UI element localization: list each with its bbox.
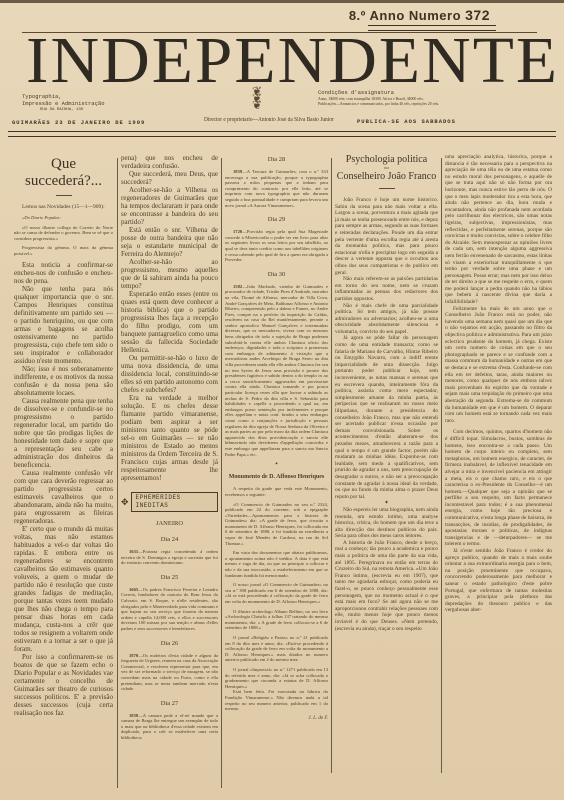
entry-text: —A Tesoura de Guimarães, com o n.º 333 e… (225, 169, 328, 208)
day-label: Dia 30 (225, 271, 328, 279)
article-paragraph: Acolher-se-hão a Vilhena os regeneradore… (121, 186, 218, 226)
ephemerides-title: EPHEMERIDES INEDITAS (131, 492, 218, 512)
day-label: Dia 27 (121, 700, 218, 708)
title-rule (56, 195, 72, 196)
article-paragraph: João Franco é hoje um nome historico. Sa… (335, 197, 438, 276)
day-label: Dia 24 (121, 536, 218, 544)
article-paragraph: O jornal «Imparcial» no n.º 1271 publica… (225, 667, 328, 689)
article-paragraph: E' certo que o mundo dá muitas voltas, m… (14, 525, 113, 653)
ephemeris-entry: 1858—A camara pede a el-rei mande que a … (121, 713, 218, 741)
ornament-icon: ✦ (335, 500, 438, 507)
entry-year: 1582 (233, 284, 242, 289)
article-paragraph: Em vista dos documentos que abaixo publi… (225, 550, 328, 578)
article-paragraph: A respeito da grade que veda este Monume… (225, 486, 328, 497)
dateline: GUIMARÃES 23 DE JANEIRO DE 1909 (12, 119, 145, 126)
entry-text: —Provisão regia pela qual Sua Magestade … (225, 229, 328, 262)
article-paragraph: Está bem feita. Foi executada na fabrica… (225, 689, 328, 711)
article-paragraph: Não mais referem-se as paixões partidari… (335, 276, 438, 302)
article-paragraph: Esta noticia a confirmar-se encheu-nos d… (14, 261, 113, 285)
ornament-icon: ✥ (121, 498, 129, 506)
entry-text: —João Machado, vizinho de Guimarães e pr… (225, 284, 328, 457)
ornament-icon: ❦❦❦ (252, 88, 262, 109)
column-divider (117, 158, 118, 788)
article-paragraph: Já n'este sentido João Franco é credor d… (445, 548, 552, 614)
column-3: Dia 28 1859—A Tesoura de Guimarães, com … (225, 142, 328, 782)
issue-info: 8.º Anno Numero 372 (349, 7, 490, 23)
article-paragraph: Causa realmente confusão vêr com que car… (14, 469, 113, 525)
day-label: Dia 29 (225, 216, 328, 224)
article-paragraph: Lemos nas Novidades (15—1—909): (14, 204, 113, 211)
article-paragraph: pena) que nos encheu de verdadeira confu… (121, 154, 218, 170)
entry-year: 1859 (233, 169, 242, 174)
director-line: Director e proprietario—Antonio José da … (204, 117, 334, 123)
entry-year: 1858 (129, 713, 138, 718)
conditions-publications: Publicações—Annuncios e communicados, po… (318, 102, 439, 108)
article-paragraph: Causa realmente pena que tenha de dissol… (14, 397, 113, 469)
newspaper-page: 8.º Anno Numero 372 INDEPENDENTE Typogra… (0, 0, 564, 800)
conditions-block: Condições d'assignatura Anno, 1$000 réis… (318, 90, 439, 108)
publication-schedule: PUBLICA-SE AOS SABBADOS (357, 118, 456, 125)
article-paragraph: Não; isso é nos soberanamente indifferen… (14, 365, 113, 397)
entry-year: 1720 (233, 229, 242, 234)
column-divider (331, 158, 332, 773)
article-paragraph: «O nosso illustre collega do Correio do … (14, 225, 113, 242)
article-title: Psychologia politica (335, 154, 438, 166)
article-paragraph: Felizmente ha mais de um anno que o Cons… (445, 306, 552, 425)
entry-year: 1870 (129, 653, 138, 658)
article-paragraph: A historia de João Franco, desde o berço… (335, 540, 438, 632)
entry-text: —Os moleiros d'esta cidade e alguns da f… (121, 653, 218, 692)
issue-year: 8.º Anno (349, 8, 405, 23)
article-paragraph: O illustre archeologo Albano Bellino, no… (225, 609, 328, 631)
ephemeris-entry: 1870—Os moleiros d'esta cidade e alguns … (121, 653, 218, 692)
article-paragraph: «O Commercio de Guimarães no seu n.º 232… (225, 502, 328, 547)
ephemeris-entry: 1859—A Tesoura de Guimarães, com o n.º 3… (225, 169, 328, 208)
day-label: Dia 28 (225, 156, 328, 164)
month-label: JANEIRO (121, 520, 218, 528)
article-paragraph: Está então o snr. Vilhena de posse de ou… (121, 226, 218, 258)
article-paragraph: Acolher-se-hão ao progressismo, mesmo aq… (121, 258, 218, 290)
article-paragraph: Não é mais chefe de uma parcialidade pol… (335, 303, 438, 336)
article-paragraph: Por isso a confirmarem-se os boatos de q… (14, 653, 113, 717)
article-paragraph: Progressista da gémma. O mais da gémma p… (14, 245, 113, 256)
article-paragraph: Ou permittir-se-hão o luxo de uma nova d… (121, 354, 218, 394)
top-edge (0, 0, 564, 3)
issue-number: 372 (465, 7, 490, 23)
ephemeris-entry: 1582—João Machado, vizinho de Guimarães … (225, 284, 328, 457)
day-label: Dia 26 (121, 640, 218, 648)
article-paragraph: Era na verdade a melhor solução. E os ch… (121, 394, 218, 482)
issue-label: Numero (409, 8, 461, 23)
column-divider (221, 158, 222, 788)
column-5: uma apreciação analytica, historica, por… (445, 142, 552, 762)
article-paragraph: Não espereis ler uma biographia, nem ain… (335, 507, 438, 540)
column-4: Psychologia politica DO Conselheiro João… (335, 142, 438, 777)
column-1: Que succederá?... Lemos nas Novidades (1… (14, 142, 113, 792)
ephemeris-entry: 1651—Portaria regia concedendo á ordem t… (121, 549, 218, 566)
article-paragraph: uma apreciação analytica, historica, por… (445, 154, 552, 306)
masthead-bottom-rule (8, 131, 556, 137)
article-paragraph: O nosso jornal «O Commercio de Guimarães… (225, 582, 328, 604)
article-paragraph: «Do Diario Popular: (14, 215, 113, 221)
entry-year: 1665 (129, 587, 138, 592)
article-paragraph: Que succederá, meu Deus, que succederá? (121, 170, 218, 186)
article-paragraph: Com decimos, quintos, quartos d'homem nã… (445, 429, 552, 548)
title-rule (379, 188, 395, 189)
typographia-block: Typographia, Impressão e Administração R… (22, 94, 105, 114)
newspaper-title: INDEPENDENTE (26, 28, 556, 94)
column-2: pena) que nos encheu de verdadeira confu… (121, 142, 218, 792)
signature: J. L. de F. (225, 716, 328, 722)
address: RUA DA RAINHA, 130 (22, 107, 105, 114)
article-title: Que succederá?... (14, 156, 113, 190)
ephemerides-header: ✥ EPHEMERIDES INEDITAS (121, 492, 218, 512)
entry-text: —Os padres Francisco Ferreira e Leandro … (121, 587, 218, 631)
article-paragraph: Esperarão então esses (entre os quaes es… (121, 290, 218, 354)
ephemeris-entry: 1720—Provisão regia pela qual Sua Magest… (225, 229, 328, 263)
article-paragraph: O jornal «Religião e Patria» no n.º 21 p… (225, 635, 328, 663)
article-paragraph: Não que tenha para nós qualquer importan… (14, 285, 113, 365)
article-paragraph: Já agora se póde fallar do personagem co… (335, 335, 438, 500)
ephemeris-entry: 1665—Os padres Francisco Ferreira e Lean… (121, 587, 218, 632)
ornament-icon: ✦ (225, 461, 328, 467)
article-subtitle: Conselheiro João Franco (335, 171, 438, 183)
entry-year: 1651 (129, 549, 138, 554)
section-title: Monumento de D. Affonso Henriques (225, 475, 328, 481)
column-divider (441, 158, 442, 773)
day-label: Dia 25 (121, 574, 218, 582)
